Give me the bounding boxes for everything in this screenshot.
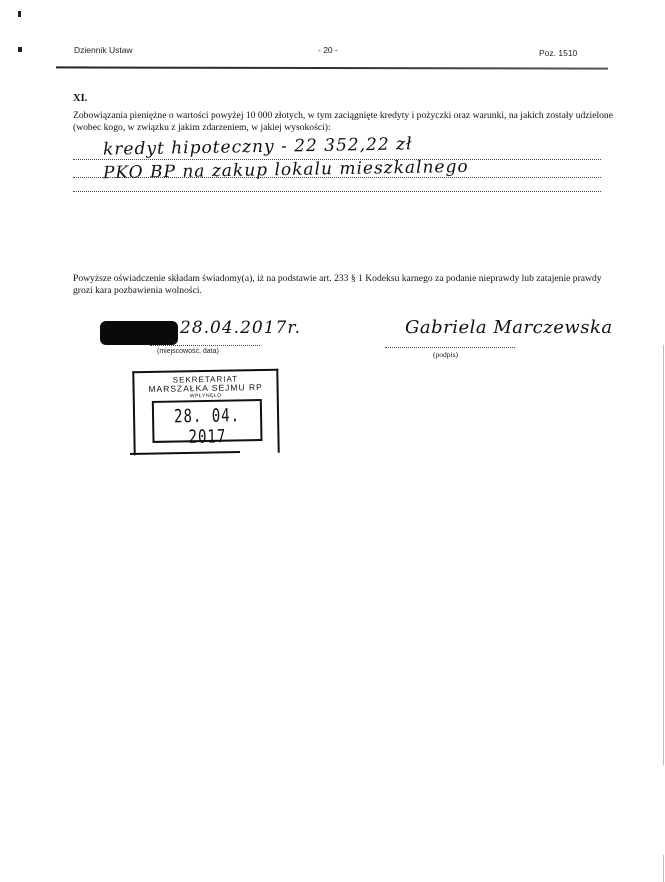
answer-dotted-line — [73, 176, 601, 178]
scan-artifact-mark — [18, 47, 22, 52]
declaration-text: Powyższe oświadczenie składam świadomy(a… — [73, 273, 613, 296]
scan-artifact-mark — [18, 11, 21, 17]
stamp-date: 28. 04. 2017 — [154, 405, 261, 448]
page-number: - 20 - — [318, 45, 338, 55]
date-dotted-line — [150, 344, 260, 346]
signature-dotted-line — [385, 346, 515, 348]
scan-edge-line — [663, 855, 664, 882]
handwritten-date: 28.04.2017r. — [180, 318, 301, 338]
stamp-date-box: 28. 04. 2017 — [152, 399, 263, 443]
received-stamp: SEKRETARIAT MARSZAŁKA SEJMU RP WPŁYNĘŁO … — [132, 369, 279, 456]
place-date-label: (miejscowość, data) — [157, 348, 219, 355]
signature-label: (podpis) — [433, 350, 458, 359]
position-number: Poz. 1510 — [539, 48, 577, 58]
redacted-place — [100, 321, 178, 345]
section-question: Zobowiązania pieniężne o wartości powyże… — [73, 110, 613, 133]
scan-edge-line — [663, 345, 664, 765]
answer-dotted-line — [73, 190, 601, 192]
signature: Gabriela Marczewska — [405, 317, 613, 338]
handwritten-answer-line: PKO BP na zakup lokalu mieszkalnego — [103, 157, 469, 183]
journal-title: Dziennik Ustaw — [74, 45, 133, 55]
header-rule — [56, 66, 608, 69]
section-number: XI. — [73, 93, 87, 104]
handwritten-answer-line: kredyt hipoteczny - 22 352,22 zł — [103, 134, 413, 159]
